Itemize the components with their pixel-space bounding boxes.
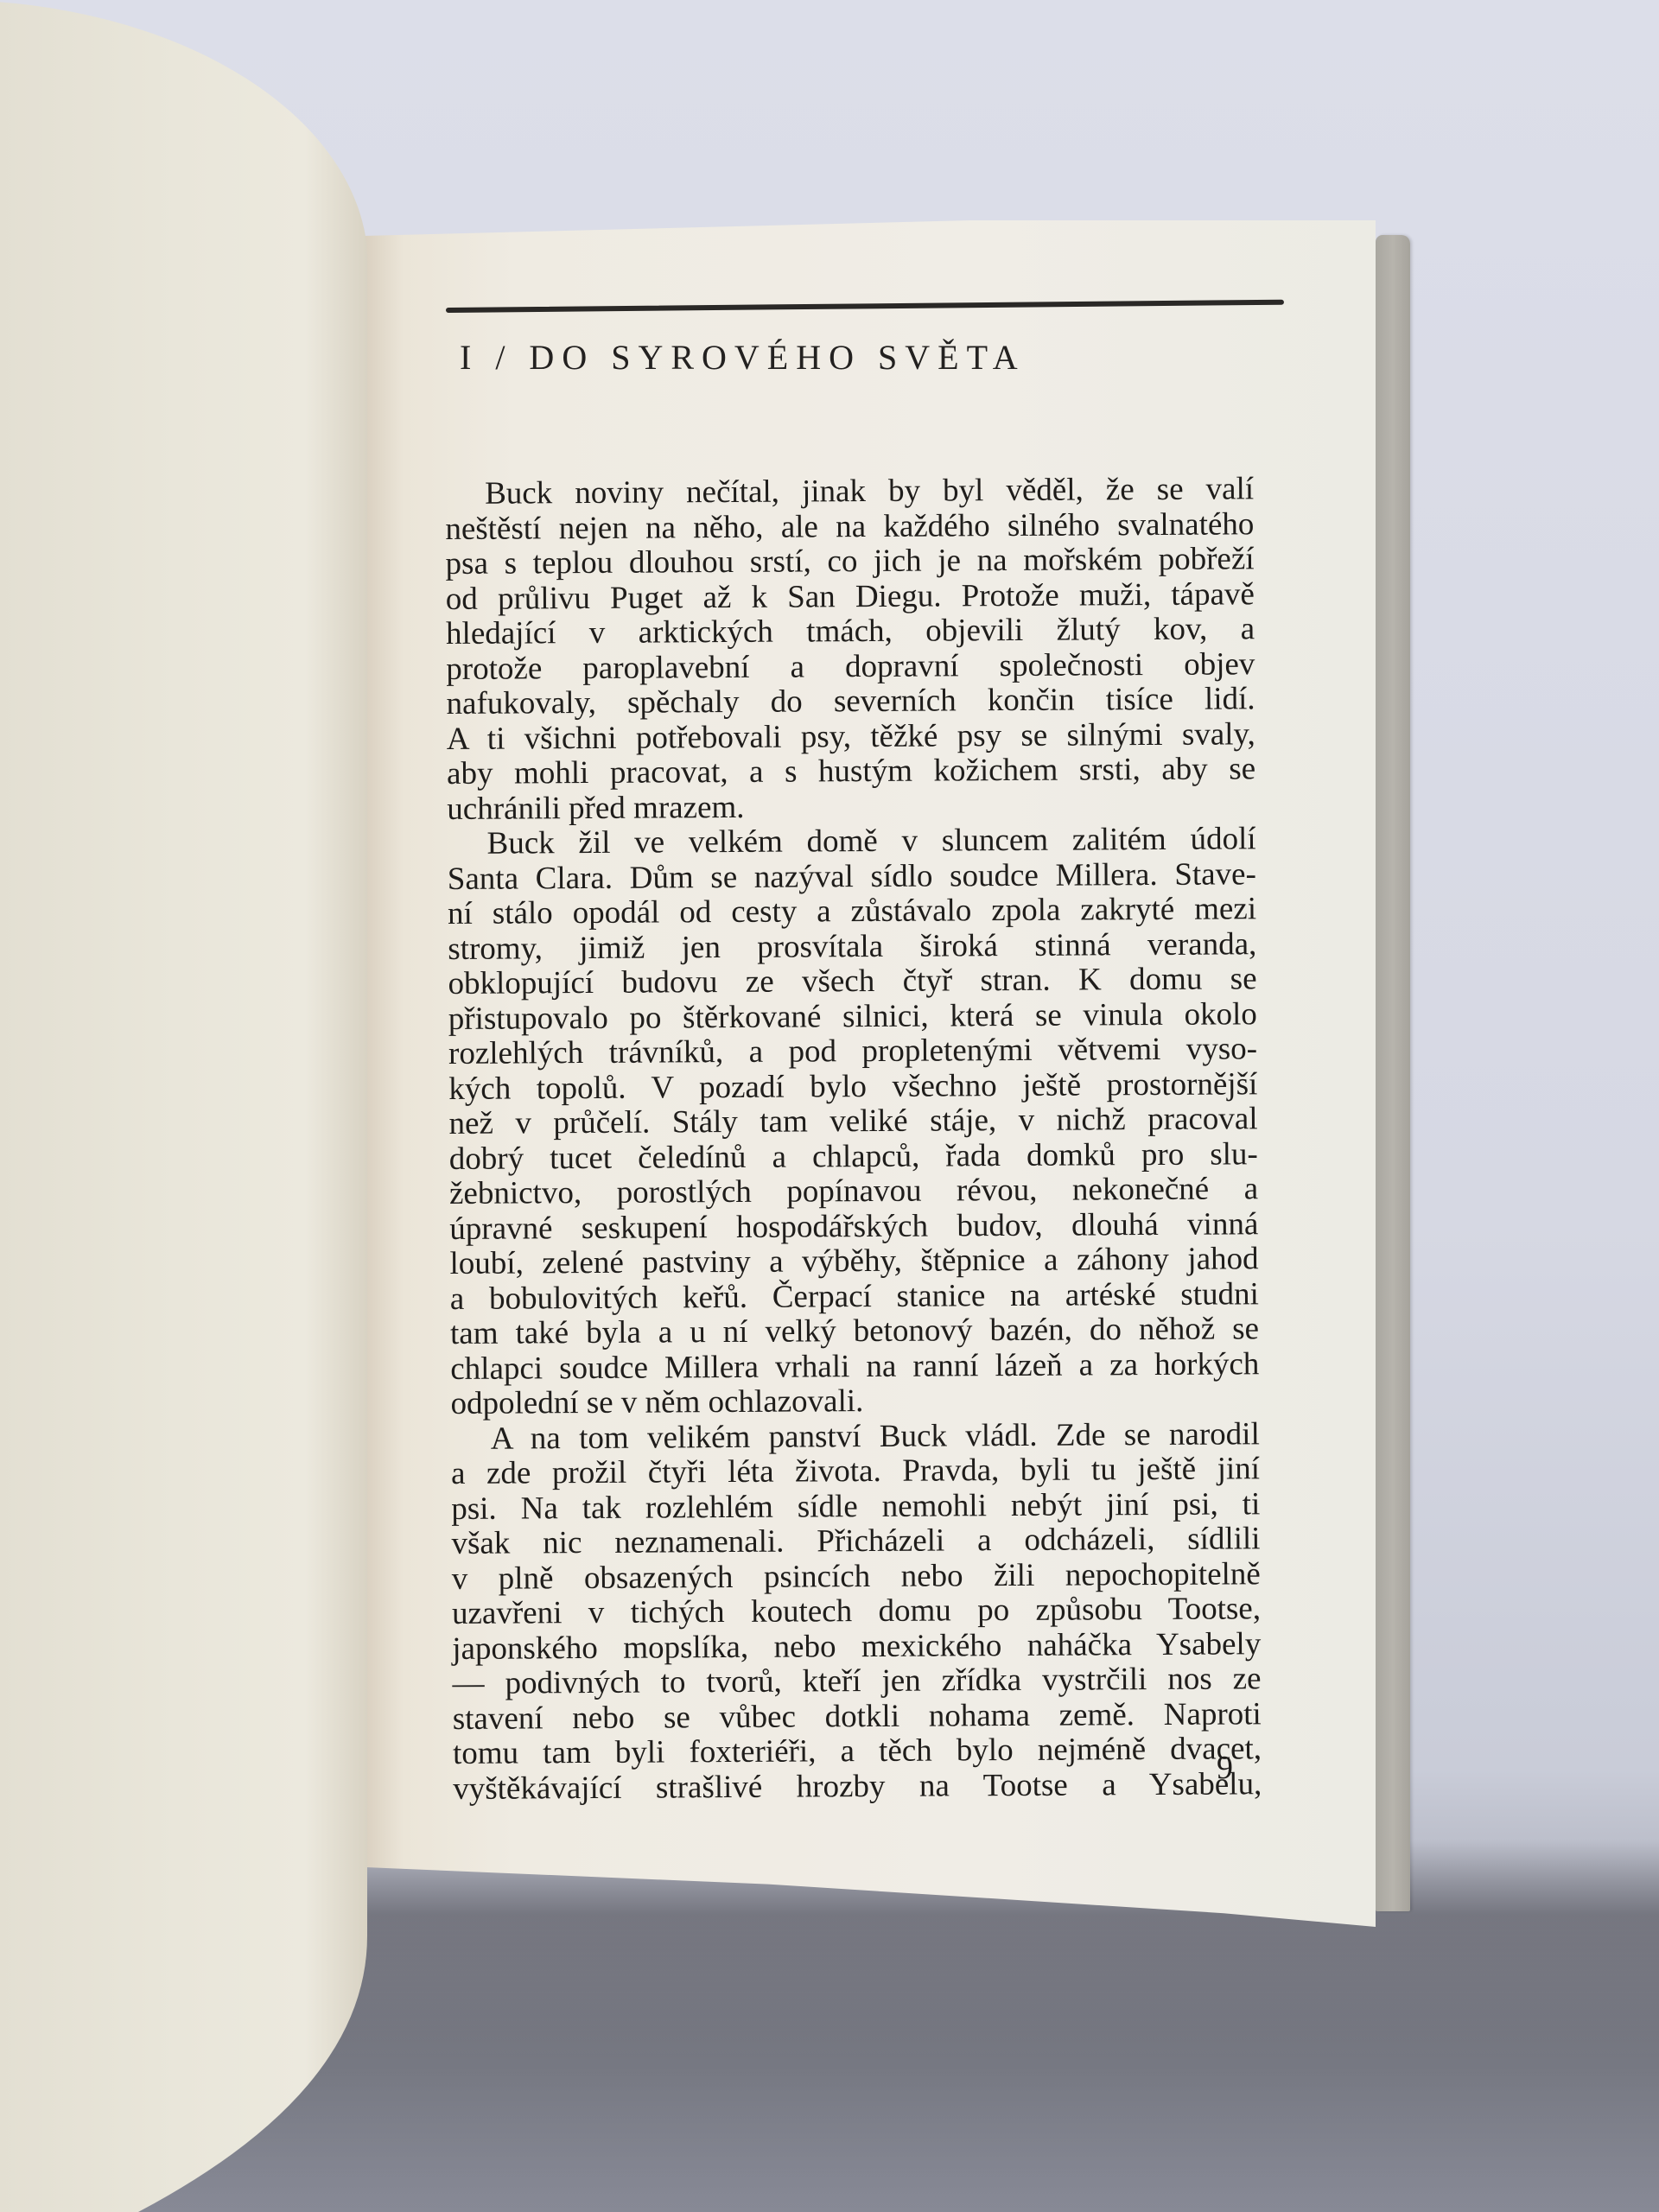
- text-line: a bobulovitých keřů. Čerpací stanice na …: [450, 1277, 1259, 1317]
- text-line: — podivných to tvorů, kteří jen zřídka v…: [452, 1662, 1261, 1701]
- text-line: od průlivu Puget až k San Diegu. Protože…: [446, 577, 1255, 617]
- left-page-curved: [0, 0, 368, 2212]
- text-line: kých topolů. V pozadí bylo všechno ještě…: [448, 1067, 1257, 1107]
- text-line: hledající v arktických tmách, objevili ž…: [446, 612, 1255, 652]
- text-line: obklopující budovu ze všech čtyř stran. …: [448, 962, 1256, 1001]
- text-line: psa s teplou dlouhou srstí, co jich je n…: [445, 542, 1254, 582]
- text-line: úpravné seskupení hospodářských budov, d…: [449, 1207, 1258, 1247]
- text-line: chlapci soudce Millera vrhali na ranní l…: [450, 1347, 1259, 1387]
- text-line: loubí, zelené pastviny a výběhy, štěpnic…: [449, 1242, 1258, 1281]
- text-line: rozlehlých trávníků, a pod propletenými …: [448, 1032, 1257, 1071]
- paragraph-1: Buck noviny nečítal, jinak by byl věděl,…: [445, 472, 1255, 827]
- text-line: A ti všichni potřebovali psy, těžké psy …: [447, 717, 1255, 757]
- text-line: nafukovaly, spěchaly do severních končin…: [446, 682, 1255, 721]
- text-line: přistupovalo po štěrkované silnici, kter…: [448, 997, 1257, 1037]
- text-line: japonského mopslíka, nebo mexického nahá…: [452, 1627, 1261, 1667]
- text-line: dobrý tucet čeledínů a chlapců, řada dom…: [449, 1137, 1258, 1177]
- text-line: protože paroplavební a dopravní společno…: [446, 647, 1255, 687]
- text-line: v plně obsazených psincích nebo žili nep…: [452, 1557, 1261, 1597]
- text-line: psi. Na tak rozlehlém sídle nemohli nebý…: [451, 1487, 1260, 1527]
- text-line: Buck noviny nečítal, jinak by byl věděl,…: [445, 472, 1254, 512]
- text-line: však nic neznamenali. Přicházeli a odchá…: [451, 1522, 1260, 1561]
- text-line: odpolední se v něm ochlazovali.: [450, 1382, 1259, 1421]
- text-line: aby mohli pracovat, a s hustým kožichem …: [447, 752, 1255, 791]
- back-cover-edge: [1376, 235, 1410, 1911]
- paragraph-2: Buck žil ve velkém domě v sluncem zalité…: [447, 822, 1259, 1421]
- paragraph-3: A na tom velikém panství Buck vládl. Zde…: [451, 1417, 1262, 1807]
- text-line: tomu tam byli foxteriéři, a těch bylo ne…: [453, 1732, 1262, 1771]
- body-text: Buck noviny nečítal, jinak by byl věděl,…: [445, 472, 1262, 1807]
- photo-scene: I / DO SYROVÉHO SVĚTA Buck noviny nečíta…: [0, 0, 1659, 2212]
- text-line: neštěstí nejen na něho, ale na každého s…: [445, 507, 1254, 547]
- text-line: ní stálo opodál od cesty a zůstávalo zpo…: [448, 892, 1256, 931]
- text-line: Buck žil ve velkém domě v sluncem zalité…: [447, 822, 1255, 861]
- text-line: Santa Clara. Dům se nazýval sídlo soudce…: [448, 857, 1256, 897]
- text-line: žebnictvo, porostlých popínavou révou, n…: [449, 1172, 1258, 1211]
- text-line: stavení nebo se vůbec dotkli nohama země…: [453, 1697, 1262, 1737]
- text-line: a zde prožil čtyři léta života. Pravda, …: [451, 1452, 1260, 1491]
- text-line: tam také byla a u ní velký betonový bazé…: [450, 1312, 1259, 1351]
- text-line: vyštěkávající strašlivé hrozby na Tootse…: [453, 1767, 1262, 1807]
- chapter-title: I / DO SYROVÉHO SVĚTA: [460, 337, 1026, 378]
- text-line: než v průčelí. Stály tam veliké stáje, v…: [448, 1102, 1257, 1141]
- text-line: uchránili před mrazem.: [447, 787, 1255, 827]
- text-line: uzavřeni v tichých koutech domu po způso…: [452, 1592, 1261, 1631]
- page-number: 9: [1217, 1749, 1233, 1787]
- text-line: stromy, jimiž jen prosvítala široká stin…: [448, 927, 1256, 967]
- text-line: A na tom velikém panství Buck vládl. Zde…: [451, 1417, 1260, 1457]
